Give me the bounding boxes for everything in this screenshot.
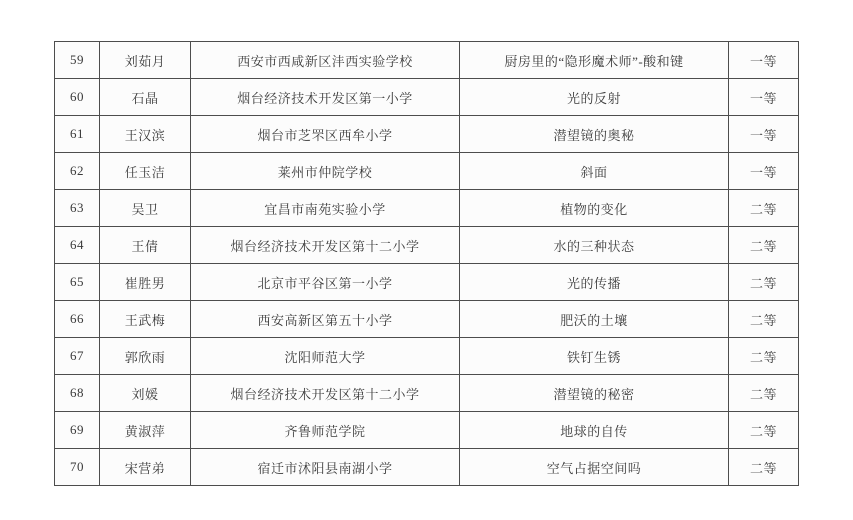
cell-award: 二等 xyxy=(729,375,799,412)
cell-award: 二等 xyxy=(729,412,799,449)
cell-award: 二等 xyxy=(729,190,799,227)
cell-topic: 水的三种状态 xyxy=(460,227,729,264)
cell-topic: 植物的变化 xyxy=(460,190,729,227)
cell-number: 65 xyxy=(55,264,100,301)
cell-school: 北京市平谷区第一小学 xyxy=(191,264,460,301)
cell-school: 西安高新区第五十小学 xyxy=(191,301,460,338)
cell-school: 宿迁市沭阳县南湖小学 xyxy=(191,449,460,486)
table-row: 60 石晶 烟台经济技术开发区第一小学 光的反射 一等 xyxy=(55,79,799,116)
cell-award: 二等 xyxy=(729,338,799,375)
cell-name: 王倩 xyxy=(100,227,191,264)
cell-school: 齐鲁师范学院 xyxy=(191,412,460,449)
cell-award: 一等 xyxy=(729,153,799,190)
cell-topic: 空气占据空间吗 xyxy=(460,449,729,486)
cell-name: 王武梅 xyxy=(100,301,191,338)
cell-school: 沈阳师范大学 xyxy=(191,338,460,375)
cell-topic: 地球的自传 xyxy=(460,412,729,449)
cell-topic: 光的反射 xyxy=(460,79,729,116)
cell-number: 66 xyxy=(55,301,100,338)
cell-school: 烟台经济技术开发区第一小学 xyxy=(191,79,460,116)
cell-name: 刘茹月 xyxy=(100,42,191,79)
cell-school: 西安市西咸新区沣西实验学校 xyxy=(191,42,460,79)
cell-award: 二等 xyxy=(729,264,799,301)
cell-number: 70 xyxy=(55,449,100,486)
cell-award: 一等 xyxy=(729,79,799,116)
cell-topic: 厨房里的“隐形魔术师”-酸和键 xyxy=(460,42,729,79)
cell-topic: 肥沃的土壤 xyxy=(460,301,729,338)
table-row: 61 王汉滨 烟台市芝罘区西牟小学 潜望镜的奥秘 一等 xyxy=(55,116,799,153)
table-row: 69 黄淑萍 齐鲁师范学院 地球的自传 二等 xyxy=(55,412,799,449)
cell-number: 64 xyxy=(55,227,100,264)
cell-topic: 斜面 xyxy=(460,153,729,190)
cell-name: 刘媛 xyxy=(100,375,191,412)
cell-number: 61 xyxy=(55,116,100,153)
awards-table: 59 刘茹月 西安市西咸新区沣西实验学校 厨房里的“隐形魔术师”-酸和键 一等 … xyxy=(54,41,799,486)
table-row: 59 刘茹月 西安市西咸新区沣西实验学校 厨房里的“隐形魔术师”-酸和键 一等 xyxy=(55,42,799,79)
cell-name: 任玉洁 xyxy=(100,153,191,190)
cell-number: 68 xyxy=(55,375,100,412)
cell-award: 二等 xyxy=(729,301,799,338)
cell-name: 宋营弟 xyxy=(100,449,191,486)
cell-topic: 光的传播 xyxy=(460,264,729,301)
table-row: 70 宋营弟 宿迁市沭阳县南湖小学 空气占据空间吗 二等 xyxy=(55,449,799,486)
cell-topic: 潜望镜的奥秘 xyxy=(460,116,729,153)
cell-school: 烟台经济技术开发区第十二小学 xyxy=(191,375,460,412)
cell-name: 石晶 xyxy=(100,79,191,116)
table-row: 62 任玉洁 莱州市仲院学校 斜面 一等 xyxy=(55,153,799,190)
table-row: 64 王倩 烟台经济技术开发区第十二小学 水的三种状态 二等 xyxy=(55,227,799,264)
cell-school: 烟台市芝罘区西牟小学 xyxy=(191,116,460,153)
table-row: 66 王武梅 西安高新区第五十小学 肥沃的土壤 二等 xyxy=(55,301,799,338)
cell-name: 吴卫 xyxy=(100,190,191,227)
cell-school: 宜昌市南苑实验小学 xyxy=(191,190,460,227)
cell-number: 60 xyxy=(55,79,100,116)
cell-name: 王汉滨 xyxy=(100,116,191,153)
cell-award: 一等 xyxy=(729,116,799,153)
cell-topic: 铁钉生锈 xyxy=(460,338,729,375)
table-row: 63 吴卫 宜昌市南苑实验小学 植物的变化 二等 xyxy=(55,190,799,227)
cell-name: 崔胜男 xyxy=(100,264,191,301)
cell-school: 烟台经济技术开发区第十二小学 xyxy=(191,227,460,264)
cell-award: 一等 xyxy=(729,42,799,79)
cell-name: 郭欣雨 xyxy=(100,338,191,375)
cell-number: 59 xyxy=(55,42,100,79)
cell-number: 62 xyxy=(55,153,100,190)
cell-number: 69 xyxy=(55,412,100,449)
cell-award: 二等 xyxy=(729,227,799,264)
cell-number: 67 xyxy=(55,338,100,375)
cell-school: 莱州市仲院学校 xyxy=(191,153,460,190)
cell-topic: 潜望镜的秘密 xyxy=(460,375,729,412)
cell-name: 黄淑萍 xyxy=(100,412,191,449)
awards-table-body: 59 刘茹月 西安市西咸新区沣西实验学校 厨房里的“隐形魔术师”-酸和键 一等 … xyxy=(55,42,799,486)
table-row: 67 郭欣雨 沈阳师范大学 铁钉生锈 二等 xyxy=(55,338,799,375)
cell-award: 二等 xyxy=(729,449,799,486)
table-row: 65 崔胜男 北京市平谷区第一小学 光的传播 二等 xyxy=(55,264,799,301)
cell-number: 63 xyxy=(55,190,100,227)
table-row: 68 刘媛 烟台经济技术开发区第十二小学 潜望镜的秘密 二等 xyxy=(55,375,799,412)
